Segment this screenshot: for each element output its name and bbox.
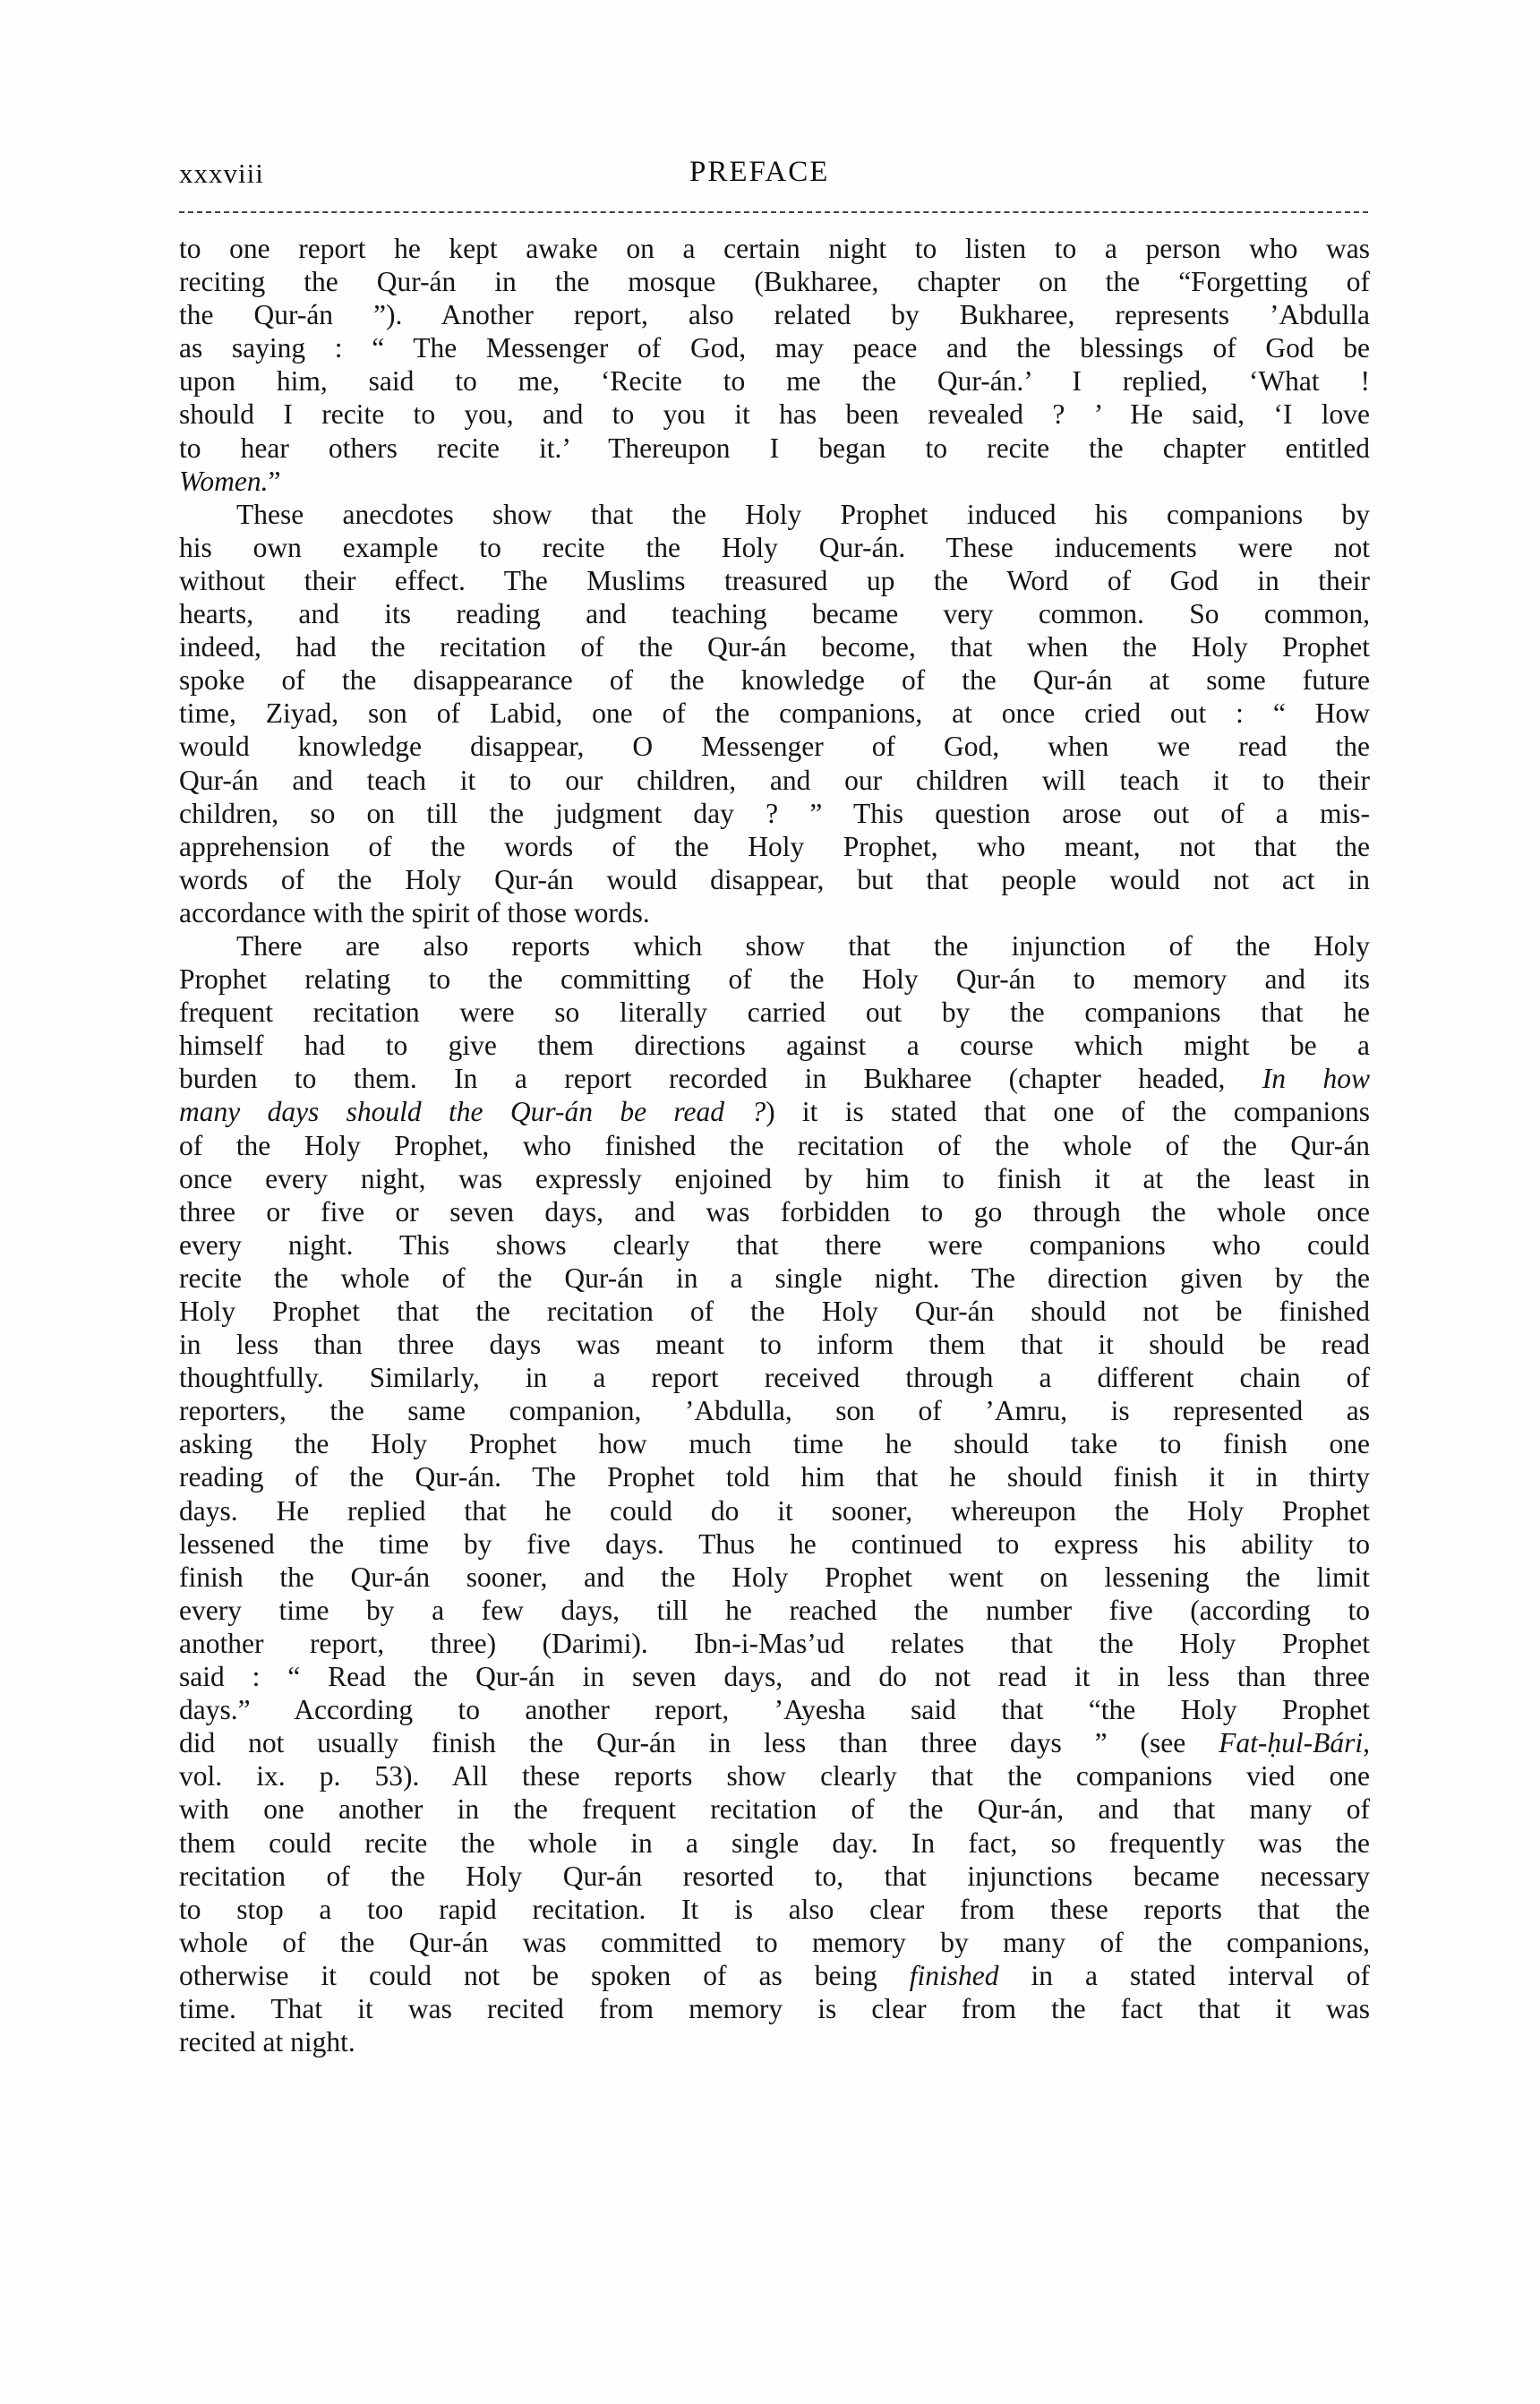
text-line: reciting the Qur-án in the mosque (Bukha… <box>179 265 1370 298</box>
text-line: lessened the time by five days. Thus he … <box>179 1527 1370 1561</box>
text-segment: recitation of the Holy Qur-án resorted t… <box>179 1861 1370 1892</box>
text-line: spoke of the disappearance of the knowle… <box>179 663 1370 697</box>
text-line: frequent recitation were so literally ca… <box>179 996 1370 1029</box>
text-line: These anecdotes show that the Holy Proph… <box>179 498 1370 531</box>
book-page: xxxviii PREFACE to one report he kept aw… <box>0 0 1540 2404</box>
text-segment: thoughtfully. Similarly, in a report rec… <box>179 1362 1370 1393</box>
text-line: them could recite the whole in a single … <box>179 1827 1370 1860</box>
text-line: asking the Holy Prophet how much time he… <box>179 1427 1370 1460</box>
italic-title: many days should the Qur-án be read ? <box>179 1096 766 1127</box>
text-segment: as saying : “ The Messenger of God, may … <box>179 332 1370 364</box>
text-segment: days. He replied that he could do it soo… <box>179 1495 1370 1527</box>
text-segment: time, Ziyad, son of Labid, one of the co… <box>179 697 1370 729</box>
text-line: days.” According to another report, ’Aye… <box>179 1693 1370 1726</box>
text-segment: three or five or seven days, and was for… <box>179 1196 1370 1228</box>
text-segment: reciting the Qur-án in the mosque (Bukha… <box>179 266 1370 297</box>
italic-title: Women. <box>179 466 268 497</box>
running-head: PREFACE <box>689 156 829 189</box>
text-segment: reporters, the same companion, ’Abdulla,… <box>179 1395 1370 1426</box>
body-text: to one report he kept awake on a certain… <box>179 232 1370 2058</box>
text-segment: recited at night. <box>179 2026 355 2058</box>
text-segment: words of the Holy Qur-án would disappear… <box>179 864 1370 895</box>
text-segment: There are also reports which show that t… <box>236 930 1370 962</box>
text-line: himself had to give them directions agai… <box>179 1029 1370 1062</box>
text-line: did not usually finish the Qur-án in les… <box>179 1726 1370 1759</box>
text-line: vol. ix. p. 53). All these reports show … <box>179 1759 1370 1792</box>
italic-title: In how <box>1225 1063 1370 1094</box>
text-line: every night. This shows clearly that the… <box>179 1228 1370 1262</box>
text-line: said : “ Read the Qur-án in seven days, … <box>179 1660 1370 1693</box>
text-segment: in a stated interval of <box>999 1960 1370 1991</box>
text-line: another report, three) (Darimi). Ibn-i-M… <box>179 1627 1370 1660</box>
text-line: without their effect. The Muslims treasu… <box>179 564 1370 597</box>
text-segment: without their effect. The Muslims treasu… <box>179 565 1370 596</box>
text-segment: Holy Prophet that the recitation of the … <box>179 1296 1370 1327</box>
text-line: Prophet relating to the committing of th… <box>179 962 1370 996</box>
text-segment: whole of the Qur-án was committed to mem… <box>179 1927 1370 1958</box>
text-segment: lessened the time by five days. Thus he … <box>179 1528 1370 1560</box>
text-line: hearts, and its reading and teaching bec… <box>179 597 1370 630</box>
text-segment: asking the Holy Prophet how much time he… <box>179 1428 1370 1459</box>
text-segment: These anecdotes show that the Holy Proph… <box>236 499 1370 530</box>
text-segment: once every night, was expressly enjoined… <box>179 1163 1370 1194</box>
text-segment: of the Holy Prophet, who finished the re… <box>179 1130 1370 1161</box>
text-segment: himself had to give them directions agai… <box>179 1030 1370 1061</box>
header-rule <box>179 211 1368 213</box>
text-segment: to stop a too rapid recitation. It is al… <box>179 1894 1370 1925</box>
text-line: children, so on till the judgment day ? … <box>179 797 1370 830</box>
text-line: Women.” <box>179 465 1370 498</box>
text-line: burden to them. In a report recorded in … <box>179 1062 1370 1095</box>
text-line: should I recite to you, and to you it ha… <box>179 398 1370 431</box>
text-line: recited at night. <box>179 2025 1370 2058</box>
text-segment: every time by a few days, till he reache… <box>179 1595 1370 1626</box>
text-line: his own example to recite the Holy Qur-á… <box>179 531 1370 564</box>
text-line: recitation of the Holy Qur-án resorted t… <box>179 1860 1370 1893</box>
text-segment: hearts, and its reading and teaching bec… <box>179 598 1370 629</box>
italic-title: finished <box>877 1960 999 1991</box>
text-line: to hear others recite it.’ Thereupon I b… <box>179 432 1370 465</box>
text-segment: should I recite to you, and to you it ha… <box>179 398 1370 430</box>
text-line: reporters, the same companion, ’Abdulla,… <box>179 1394 1370 1427</box>
text-line: reading of the Qur-án. The Prophet told … <box>179 1460 1370 1493</box>
text-line: recite the whole of the Qur-án in a sing… <box>179 1262 1370 1295</box>
text-segment: every night. This shows clearly that the… <box>179 1229 1370 1261</box>
page-number: xxxviii <box>179 158 264 190</box>
text-segment: ” <box>268 466 280 497</box>
text-segment: frequent recitation were so literally ca… <box>179 997 1370 1028</box>
text-segment: did not usually finish the Qur-án in les… <box>179 1727 1185 1758</box>
text-line: days. He replied that he could do it soo… <box>179 1494 1370 1527</box>
text-segment: them could recite the whole in a single … <box>179 1827 1370 1859</box>
text-segment: recite the whole of the Qur-án in a sing… <box>179 1262 1370 1294</box>
text-segment: upon him, said to me, ‘Recite to me the … <box>179 365 1370 397</box>
text-segment: said : “ Read the Qur-án in seven days, … <box>179 1661 1370 1692</box>
text-line: the Qur-án ”). Another report, also rela… <box>179 298 1370 331</box>
text-segment: another report, three) (Darimi). Ibn-i-M… <box>179 1628 1370 1659</box>
text-segment: Prophet relating to the committing of th… <box>179 963 1370 995</box>
text-line: in less than three days was meant to inf… <box>179 1328 1370 1361</box>
text-segment: time. That it was recited from memory is… <box>179 1993 1370 2024</box>
text-line: Holy Prophet that the recitation of the … <box>179 1295 1370 1328</box>
text-line: indeed, had the recitation of the Qur-án… <box>179 630 1370 663</box>
text-segment: in less than three days was meant to inf… <box>179 1329 1370 1360</box>
text-segment: apprehension of the words of the Holy Pr… <box>179 831 1370 862</box>
text-line: There are also reports which show that t… <box>179 929 1370 962</box>
text-segment: days.” According to another report, ’Aye… <box>179 1694 1370 1725</box>
text-line: many days should the Qur-án be read ?) i… <box>179 1095 1370 1128</box>
text-line: time. That it was recited from memory is… <box>179 1992 1370 2025</box>
text-segment: indeed, had the recitation of the Qur-án… <box>179 631 1370 663</box>
text-segment: with one another in the frequent recitat… <box>179 1793 1370 1825</box>
text-line: to one report he kept awake on a certain… <box>179 232 1370 265</box>
text-segment: , <box>1363 1727 1370 1758</box>
text-segment: finish the Qur-án sooner, and the Holy P… <box>179 1561 1370 1593</box>
text-line: to stop a too rapid recitation. It is al… <box>179 1893 1370 1926</box>
text-line: finish the Qur-án sooner, and the Holy P… <box>179 1561 1370 1594</box>
text-line: Qur-án and teach it to our children, and… <box>179 764 1370 797</box>
text-line: upon him, said to me, ‘Recite to me the … <box>179 364 1370 398</box>
text-segment: spoke of the disappearance of the knowle… <box>179 664 1370 696</box>
text-segment: accordance with the spirit of those word… <box>179 897 650 928</box>
text-line: apprehension of the words of the Holy Pr… <box>179 830 1370 863</box>
text-line: accordance with the spirit of those word… <box>179 896 1370 929</box>
text-segment: to one report he kept awake on a certain… <box>179 233 1370 264</box>
text-segment: otherwise it could not be spoken of as b… <box>179 1960 877 1991</box>
text-line: otherwise it could not be spoken of as b… <box>179 1959 1370 1992</box>
text-line: as saying : “ The Messenger of God, may … <box>179 331 1370 364</box>
text-segment: reading of the Qur-án. The Prophet told … <box>179 1461 1370 1493</box>
text-line: three or five or seven days, and was for… <box>179 1195 1370 1228</box>
text-segment: his own example to recite the Holy Qur-á… <box>179 532 1370 563</box>
text-segment: vol. ix. p. 53). All these reports show … <box>179 1760 1370 1792</box>
text-line: whole of the Qur-án was committed to mem… <box>179 1926 1370 1959</box>
text-segment: to hear others recite it.’ Thereupon I b… <box>179 432 1370 464</box>
text-line: with one another in the frequent recitat… <box>179 1792 1370 1826</box>
text-segment: would knowledge disappear, O Messenger o… <box>179 731 1370 762</box>
text-line: thoughtfully. Similarly, in a report rec… <box>179 1361 1370 1394</box>
text-line: would knowledge disappear, O Messenger o… <box>179 730 1370 763</box>
text-segment: the Qur-án ”). Another report, also rela… <box>179 299 1370 330</box>
text-line: time, Ziyad, son of Labid, one of the co… <box>179 697 1370 730</box>
text-line: words of the Holy Qur-án would disappear… <box>179 863 1370 896</box>
text-line: every time by a few days, till he reache… <box>179 1594 1370 1627</box>
text-segment: ) it is stated that one of the companion… <box>766 1096 1370 1127</box>
text-line: once every night, was expressly enjoined… <box>179 1162 1370 1195</box>
text-segment: Qur-án and teach it to our children, and… <box>179 765 1370 796</box>
text-segment: children, so on till the judgment day ? … <box>179 798 1370 829</box>
italic-title: Fat-ḥul-Bári <box>1185 1727 1363 1758</box>
text-line: of the Holy Prophet, who finished the re… <box>179 1129 1370 1162</box>
text-segment: burden to them. In a report recorded in … <box>179 1063 1225 1094</box>
